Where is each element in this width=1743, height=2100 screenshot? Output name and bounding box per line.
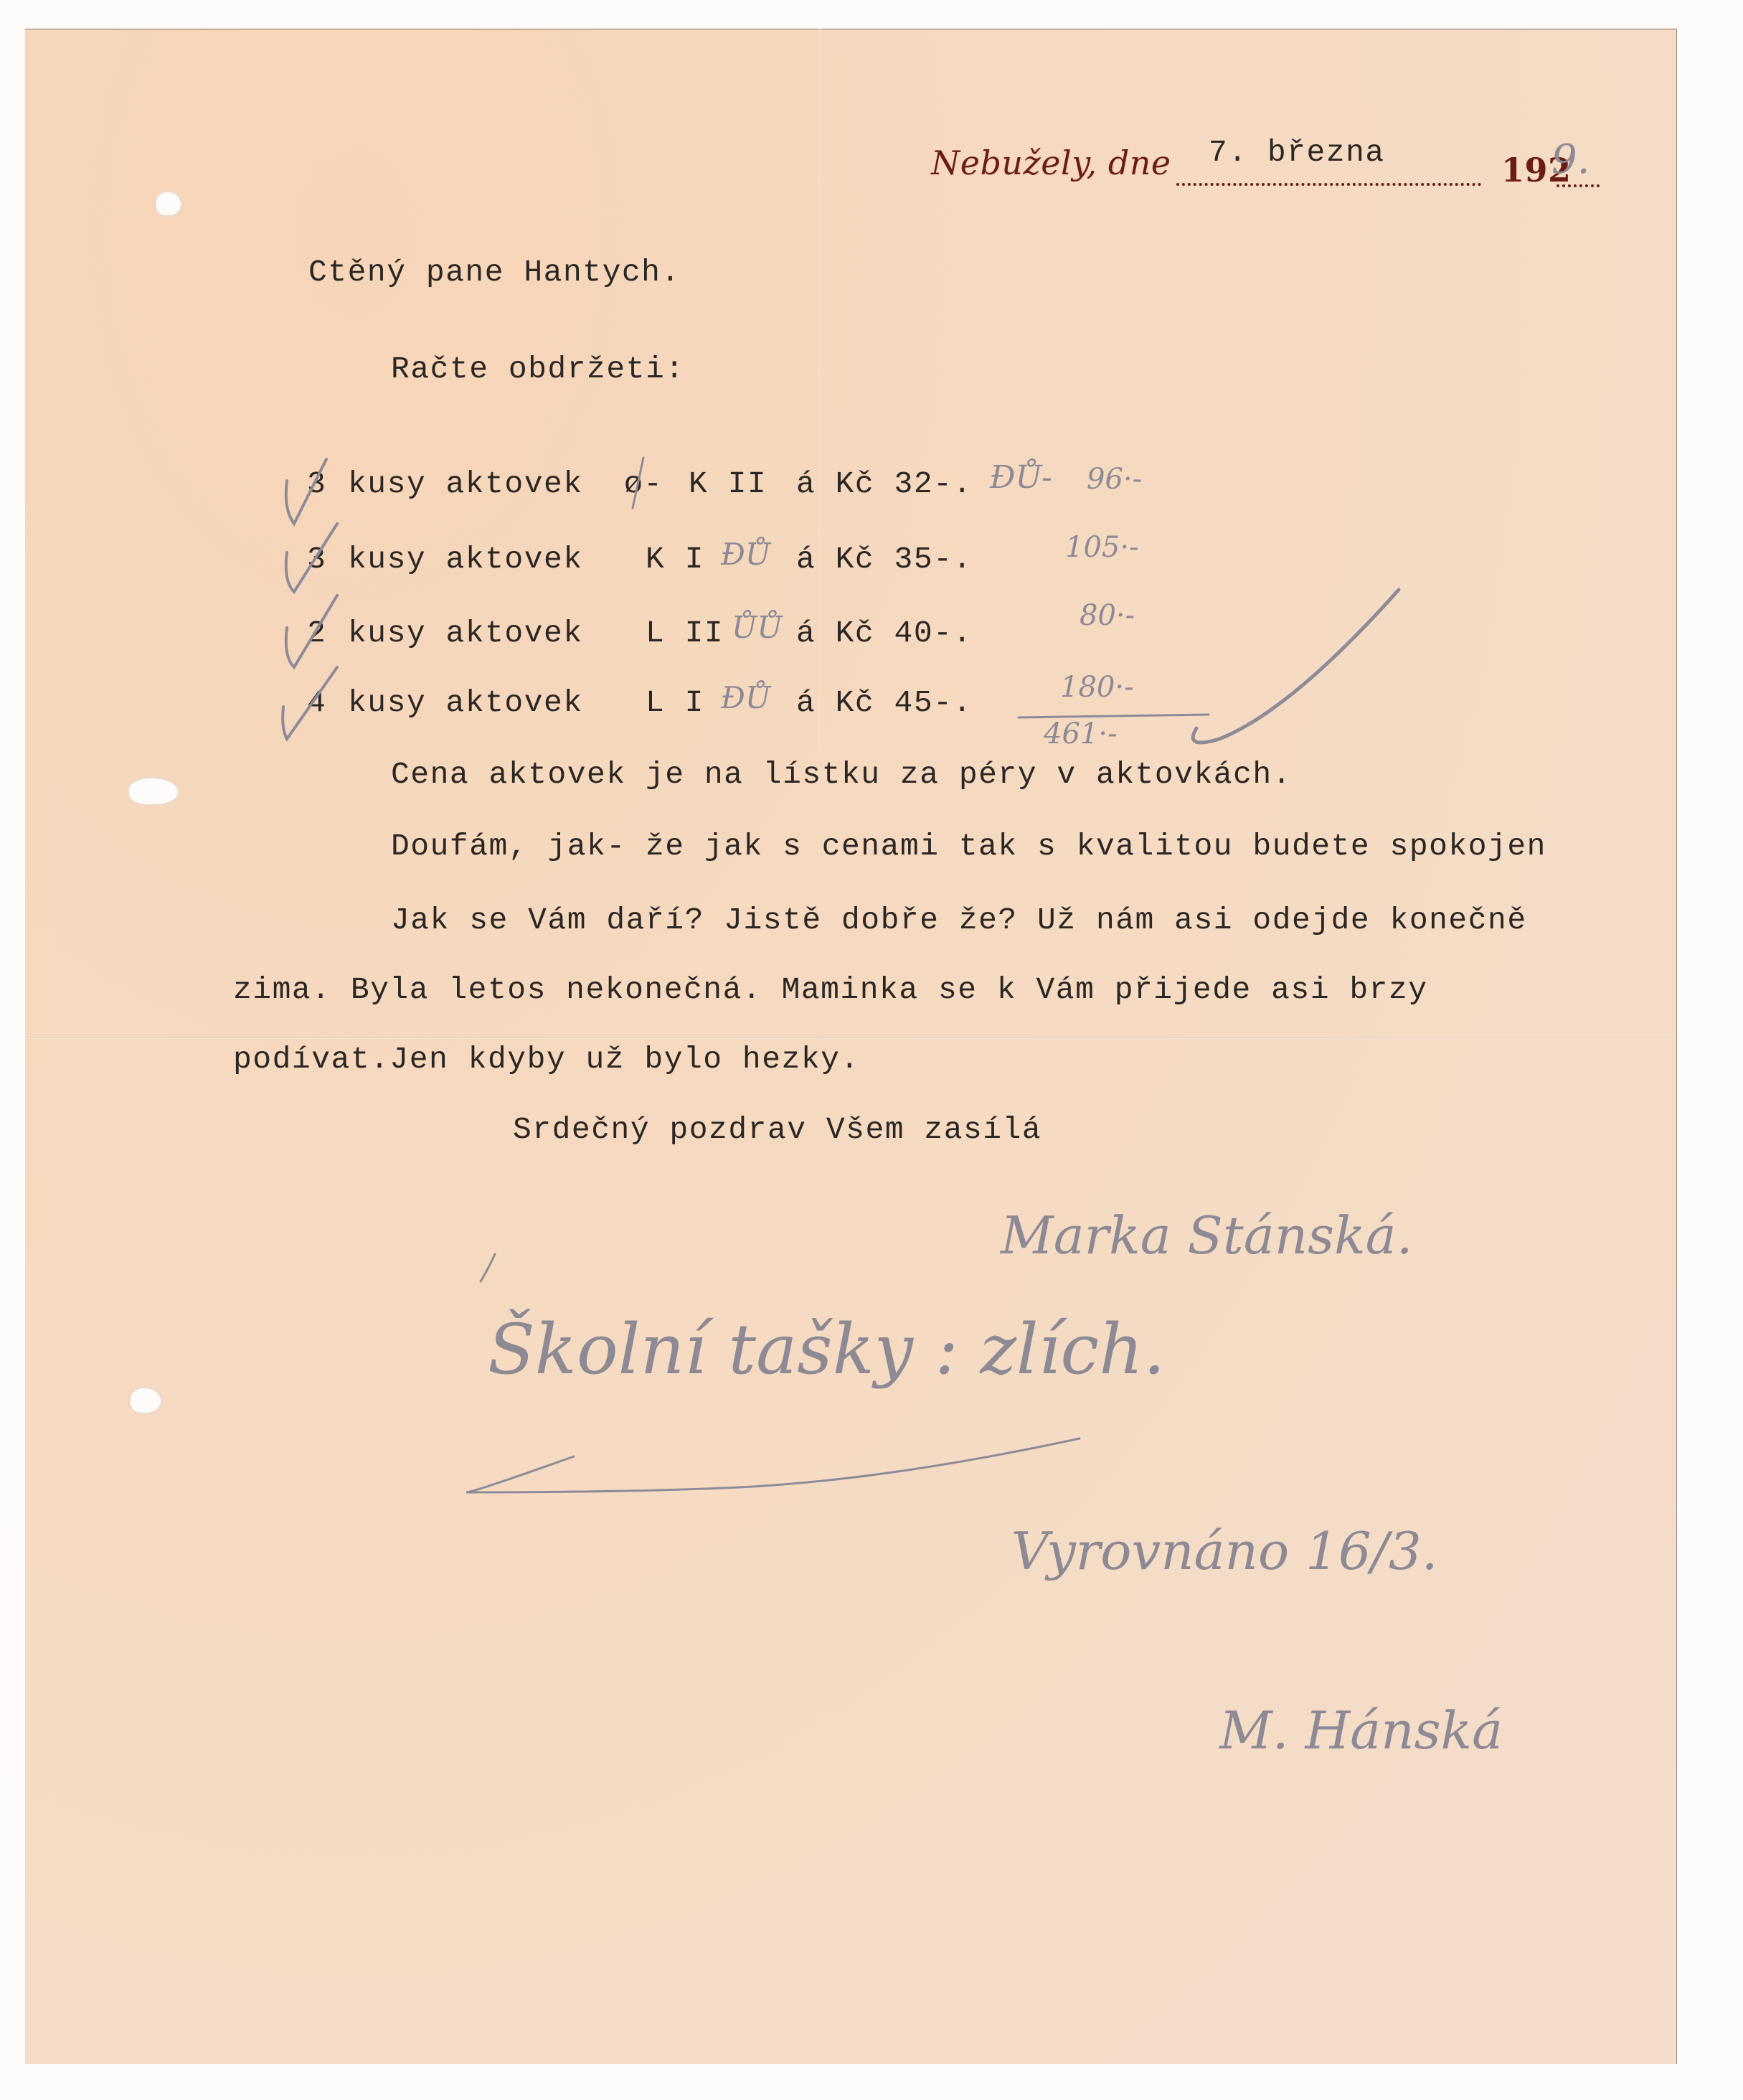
check-mark-icon [286, 459, 326, 524]
check-mark-icon [286, 595, 337, 667]
sum-underline [1019, 715, 1209, 717]
pencil-marks-layer [0, 0, 1743, 2100]
strikeout-mark [633, 458, 643, 508]
underline-swoosh [466, 1439, 1080, 1492]
check-mark-icon [481, 1254, 495, 1281]
large-check-mark-icon [1193, 590, 1399, 743]
check-mark-icon [286, 524, 337, 592]
check-mark-icon [283, 667, 337, 739]
